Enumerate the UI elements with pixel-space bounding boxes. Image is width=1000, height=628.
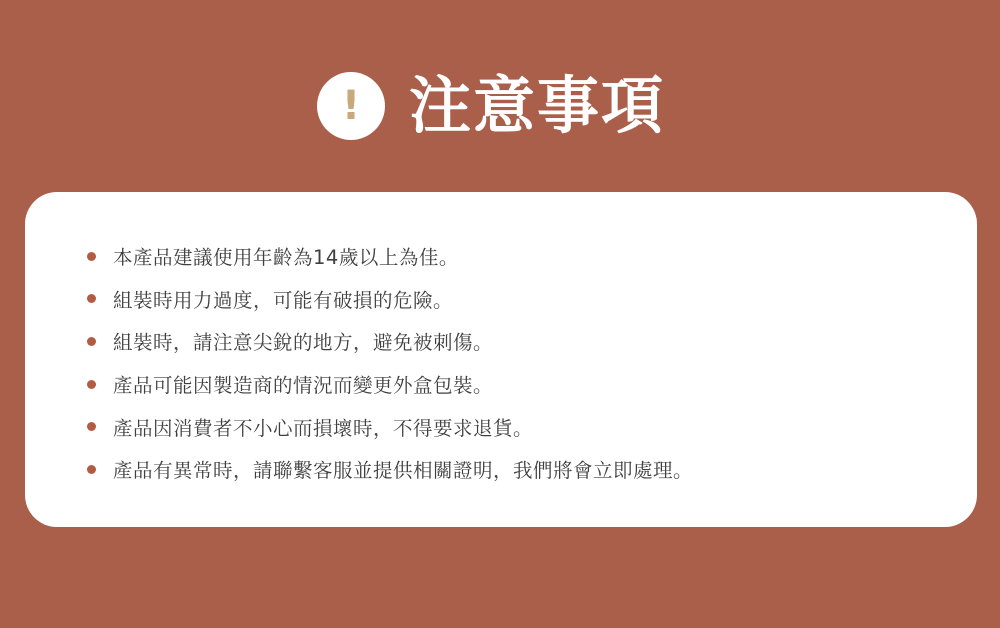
list-item: 組裝時，請注意尖銳的地方，避免被刺傷。	[25, 320, 693, 363]
list-item: 組裝時用力過度，可能有破損的危險。	[25, 278, 693, 321]
bullet-dot-icon	[87, 252, 96, 261]
list-item: 本產品建議使用年齡為14歲以上為佳。	[25, 235, 693, 278]
notice-text: 組裝時，請注意尖銳的地方，避免被刺傷。	[113, 327, 493, 355]
notice-card: 本產品建議使用年齡為14歲以上為佳。 組裝時用力過度，可能有破損的危險。 組裝時…	[25, 192, 977, 527]
notice-text: 本產品建議使用年齡為14歲以上為佳。	[113, 242, 459, 270]
list-item: 產品有異常時，請聯繫客服並提供相關證明，我們將會立即處理。	[25, 448, 693, 491]
page-title: 注意事項	[409, 75, 665, 137]
bullet-dot-icon	[87, 294, 96, 303]
bullet-dot-icon	[87, 465, 96, 474]
notice-text: 產品可能因製造商的情況而變更外盒包裝。	[113, 370, 493, 398]
notice-text: 組裝時用力過度，可能有破損的危險。	[113, 285, 453, 313]
bullet-dot-icon	[87, 380, 96, 389]
list-item: 產品因消費者不小心而損壞時，不得要求退貨。	[25, 405, 693, 448]
bullet-dot-icon	[87, 337, 96, 346]
header-content: ! 注意事項	[335, 72, 665, 140]
notice-header: ! 注意事項	[0, 66, 1000, 146]
notice-text: 產品因消費者不小心而損壞時，不得要求退貨。	[113, 413, 533, 441]
exclamation-icon: !	[317, 72, 385, 140]
bullet-dot-icon	[87, 422, 96, 431]
notice-list: 本產品建議使用年齡為14歲以上為佳。 組裝時用力過度，可能有破損的危險。 組裝時…	[25, 235, 693, 491]
list-item: 產品可能因製造商的情況而變更外盒包裝。	[25, 363, 693, 406]
notice-text: 產品有異常時，請聯繫客服並提供相關證明，我們將會立即處理。	[113, 455, 693, 483]
exclamation-mark: !	[342, 86, 360, 126]
